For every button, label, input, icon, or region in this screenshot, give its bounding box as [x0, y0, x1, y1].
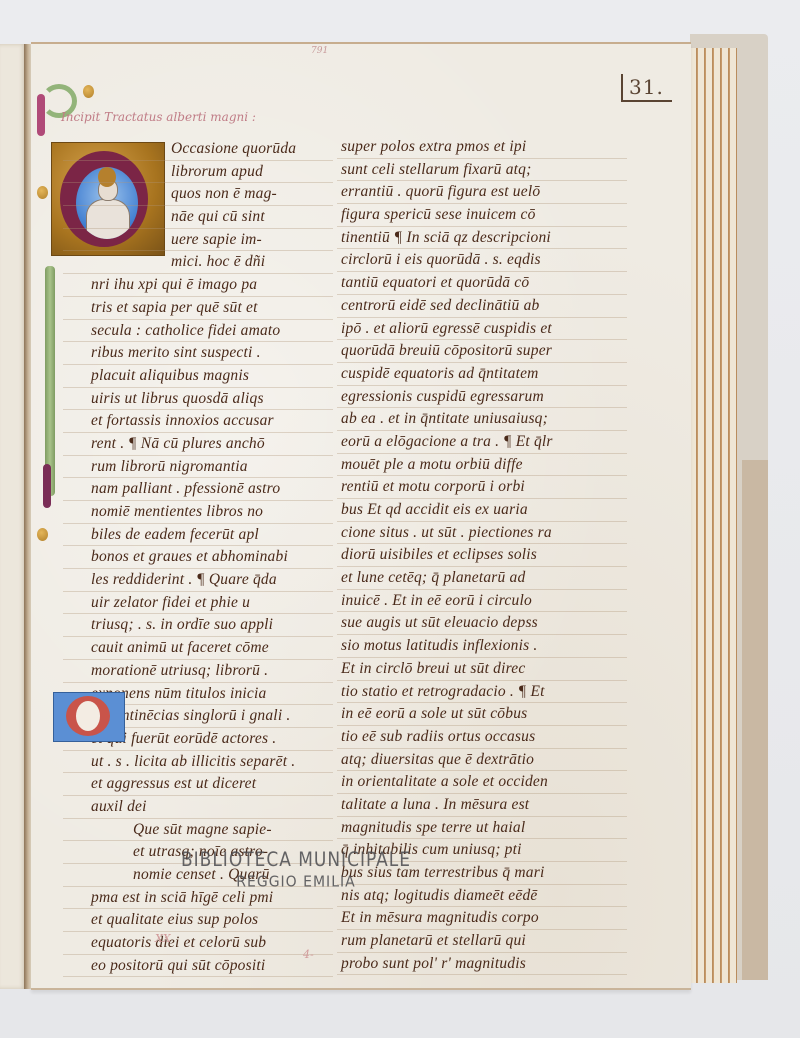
text-line: secula : catholice fidei amato	[63, 320, 333, 343]
text-line: diorū uisibiles et eclipses solis	[337, 544, 627, 567]
text-line: Et in mēsura magnitudis corpo	[337, 907, 627, 930]
text-line: tio eē sub radiis ortus occasus	[337, 726, 627, 749]
text-line: ut . s . licita ab illicitis separēt .	[63, 751, 333, 774]
text-line: cione situs . ut sūt . piectiones ra	[337, 522, 627, 545]
text-line: uiris ut librus quosdā aliqs	[63, 388, 333, 411]
top-margin-note: 791	[311, 46, 328, 56]
text-line: atq; diuersitas que ē dextrātio	[337, 749, 627, 772]
text-line: placuit aliquibus magnis	[63, 365, 333, 388]
text-line: rum planetarū et stellarū qui	[337, 930, 627, 953]
text-line: probo sunt pol' r' magnitudis	[337, 953, 627, 976]
text-line: equatoris diei et celorū sub	[63, 932, 333, 955]
stamp-line-2: REGGIO EMILIA	[181, 873, 411, 891]
text-line: tio statio et retrogradacio . ¶ Et	[337, 681, 627, 704]
text-line: ribus merito sint suspecti .	[63, 342, 333, 365]
text-line: nomiē mentientes libros no	[63, 501, 333, 524]
text-line: Que sūt magne sapie-	[63, 819, 333, 842]
text-line: sio motus latitudis inflexionis .	[337, 635, 627, 658]
text-line: centrorū eidē sed declinātiū ab	[337, 295, 627, 318]
stamp-line-1: BIBLIOTECA MUNICIPALE	[181, 849, 411, 872]
text-line: et fortassis innoxios accusar	[63, 410, 333, 433]
text-line: figura spericū sese inuicem cō	[337, 204, 627, 227]
text-line: bus Et qd accidit eis ex uaria	[337, 499, 627, 522]
text-line: uere sapie im-	[63, 229, 333, 252]
text-line: tinentiū ¶ In sciā qz descripcioni	[337, 227, 627, 250]
text-line: in orientalitate a sole et occiden	[337, 771, 627, 794]
text-line: inuicē . Et in eē eorū i circulo	[337, 590, 627, 613]
text-line: eorū a elōgacione a tra . ¶ Et q̄lr	[337, 431, 627, 454]
text-line: eo positorū qui sūt cōpositi	[63, 955, 333, 978]
text-line: talitate a luna . In mēsura est	[337, 794, 627, 817]
initial-counter	[76, 701, 100, 731]
text-line: ipō . et aliorū egressē cuspidis et	[337, 318, 627, 341]
text-line: sunt celi stellarum fixarū atq;	[337, 159, 627, 182]
text-line: rent . ¶ Nā cū plures anchō	[63, 433, 333, 456]
vine-stem-icon	[45, 266, 55, 496]
text-line: tantiū equatori et quorūdā cō	[337, 272, 627, 295]
text-line: les reddiderint . ¶ Quare q̄da	[63, 569, 333, 592]
folio-number: 31.	[621, 74, 672, 102]
text-line: ab ea . et in q̄ntitate uniusaiusq;	[337, 408, 627, 431]
vine-purple-terminal-icon	[43, 464, 51, 508]
text-line: mouēt ple a motu orbiū diffe	[337, 454, 627, 477]
manuscript-leaf: 791 31. Incipit Tractatus alberti magni …	[31, 42, 691, 990]
text-line: et aggressus est ut diceret	[63, 773, 333, 796]
text-line: nāe qui cū sint	[63, 206, 333, 229]
text-line: Occasione quorūda	[63, 138, 333, 161]
text-line: errantiū . quorū figura est uelō	[337, 181, 627, 204]
text-line: circlorū i eis quorūdā . s. eqdis	[337, 249, 627, 272]
text-line: rum librorū nigromantia	[63, 456, 333, 479]
text-line: egressionis cuspidū egressarum	[337, 386, 627, 409]
text-line: tris et sapia per quē sūt et	[63, 297, 333, 320]
gold-dot-icon	[37, 528, 48, 541]
text-line: nam palliant . pfessionē astro	[63, 478, 333, 501]
text-line: rentiū et motu corporū i orbi	[337, 476, 627, 499]
text-line: cauit animū ut faceret cōme	[63, 637, 333, 660]
text-line: cuspidē equatoris ad q̄ntitatem	[337, 363, 627, 386]
text-line: uir zelator fidei et phie u	[63, 592, 333, 615]
text-line: et qualitate eius sup polos	[63, 909, 333, 932]
text-line: Et in circlō breui ut sūt direc	[337, 658, 627, 681]
gold-dot-icon	[83, 85, 94, 98]
decorated-initial-q	[53, 692, 125, 742]
text-line: quorūdā breuiū cōpositorū super	[337, 340, 627, 363]
text-line: triusq; . s. in ordīe suo appli	[63, 614, 333, 637]
page-edges-stack	[683, 48, 747, 983]
gold-dot-icon	[37, 186, 48, 199]
text-line: bonos et graues et abhominabi	[63, 546, 333, 569]
text-line: auxil dei	[63, 796, 333, 819]
library-stamp: BIBLIOTECA MUNICIPALE REGGIO EMILIA	[181, 850, 411, 890]
text-line: biles de eadem fecerūt apl	[63, 524, 333, 547]
text-line: sue augis ut sūt eleuacio depss	[337, 612, 627, 635]
text-line: librorum apud	[63, 161, 333, 184]
rubric-incipit: Incipit Tractatus alberti magni :	[61, 110, 256, 124]
text-line: in eē eorū a sole ut sūt cōbus	[337, 703, 627, 726]
text-line: et lune cetēq; q̄ planetarū ad	[337, 567, 627, 590]
pencil-shelfmark: XX	[155, 932, 171, 945]
text-line: quos non ē mag-	[63, 183, 333, 206]
pencil-leaf-count: 4-	[303, 948, 314, 961]
text-line: magnitudis spe terre ut haial	[337, 817, 627, 840]
text-line: nri ihu xpi qui ē imago pa	[63, 274, 333, 297]
text-line: super polos extra pmos et ipi	[337, 136, 627, 159]
text-line: morationē utriusq; librorū .	[63, 660, 333, 683]
text-line: mici. hoc ē dñi	[63, 251, 333, 274]
